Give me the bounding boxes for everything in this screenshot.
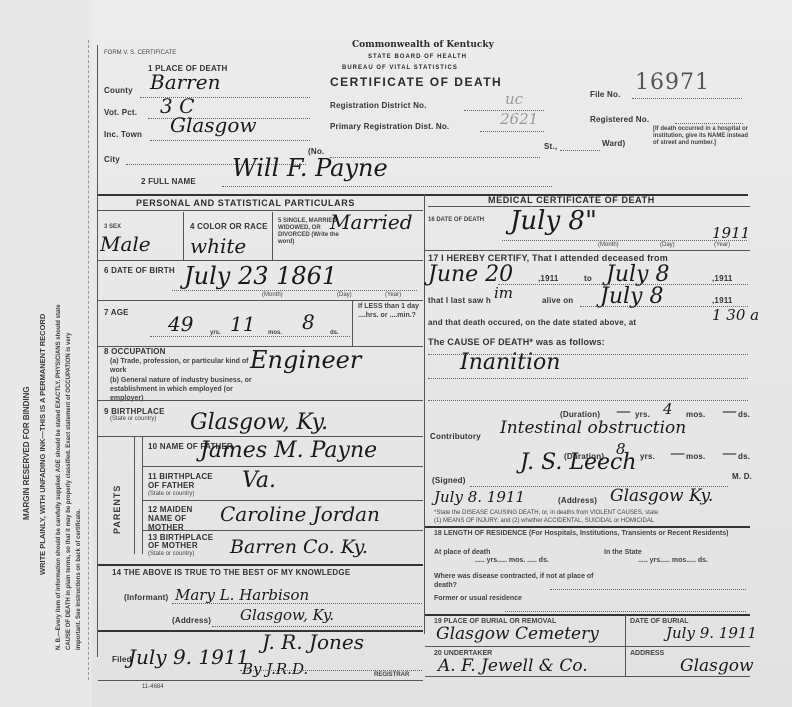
registrar-by: By J.R.D. — [242, 660, 308, 678]
primary-registration-label: Primary Registration Dist. No. — [330, 122, 449, 131]
burial-date-value: July 9. 1911 — [666, 624, 757, 642]
mother-birthplace-sub-label: (State or country) — [148, 551, 194, 557]
form-code: FORM V. S. CERTIFICATE — [104, 50, 176, 56]
contributory-label: Contributory — [430, 432, 481, 441]
attended-to-year: ,1911 — [712, 274, 733, 283]
footnote-2: (1) MEANS OF INJURY; and (2) whether ACC… — [434, 518, 654, 524]
filed-value: July 9. 1911 — [128, 645, 249, 669]
age-days-value: 8 — [302, 310, 315, 334]
informant-label: (Informant) — [124, 593, 168, 602]
margin-instructions-2: CAUSE OF DEATH in plain terms, so that i… — [66, 333, 72, 650]
age-months-value: 11 — [230, 312, 255, 336]
duration1-ds: — — [722, 402, 737, 420]
father-name-value: James M. Payne — [200, 438, 377, 463]
color-race-label: 4 COLOR OR RACE — [190, 222, 268, 231]
inc-town-value: Glasgow — [170, 113, 257, 137]
st-label: St., — [544, 142, 557, 151]
dod-month-label: (Month) — [598, 242, 619, 248]
in-state-label: In the State — [604, 548, 644, 557]
hospital-note: [If death occurred in a hospital or inst… — [653, 126, 748, 147]
margin-binding-text: MARGIN RESERVED FOR BINDING — [22, 386, 31, 520]
father-birthplace-label: 11 BIRTHPLACE OF FATHER — [148, 472, 218, 490]
sex-value: Male — [100, 232, 151, 256]
ward-label: Ward) — [602, 139, 625, 148]
dod-year: 1911 — [712, 224, 750, 242]
duration2-yrs-label: yrs. — [640, 452, 655, 461]
dod-label: 16 DATE OF DEATH — [428, 217, 484, 223]
burial-place-value: Glasgow Cemetery — [436, 624, 599, 644]
dob-day-label: (Day) — [337, 292, 352, 298]
color-race-value: white — [190, 234, 246, 258]
signed-date: July 8. 1911 — [434, 488, 525, 506]
age-label: 7 AGE — [104, 308, 129, 317]
age-ds-label: ds. — [330, 330, 339, 336]
footnote-1: *State the DISEASE CAUSING DEATH, or, in… — [434, 510, 658, 516]
center-divider — [424, 194, 425, 634]
last-saw-year: ,1911 — [712, 296, 733, 305]
age-years-value: 49 — [168, 312, 193, 336]
occupation-label: 8 OCCUPATION — [104, 347, 166, 356]
duration2-ds: — — [722, 444, 737, 462]
county-label: County — [104, 86, 133, 95]
dob-year-label: (Year) — [385, 292, 401, 298]
occupation-b-label: (b) General nature of industry business,… — [110, 376, 260, 403]
mother-name-label: 12 MAIDEN NAME OF MOTHER — [148, 505, 218, 532]
death-time-value: 1 30 a — [712, 306, 759, 324]
registrar-label: REGISTRAR — [374, 672, 409, 678]
alive-on-label: alive on — [542, 296, 573, 305]
dod-year-label: (Year) — [714, 242, 730, 248]
death-time-label: and that death occured, on the date stat… — [428, 318, 636, 327]
file-no-value: 16971 — [635, 70, 710, 95]
registered-no-label: Registered No. — [590, 115, 649, 124]
birthplace-label: 9 BIRTHPLACE — [104, 407, 165, 416]
dob-value: July 23 1861 — [184, 262, 337, 290]
undertaker-value: A. F. Jewell & Co. — [438, 656, 588, 676]
registration-district-label: Registration District No. — [330, 101, 427, 110]
duration1-ds-label: ds. — [738, 410, 750, 419]
margin-instructions-1: N. B.—Every item of information should b… — [56, 304, 62, 650]
physician-signature: J. S. Leech — [520, 450, 637, 475]
county-value: Barren — [150, 70, 220, 94]
undertaker-address-label: ADDRESS — [630, 650, 664, 657]
mother-birthplace-value: Barren Co. Ky. — [230, 536, 368, 558]
dod-value: July 8" — [510, 206, 597, 236]
occupation-a-label: (a) Trade, profession, or particular kin… — [110, 357, 260, 375]
father-birthplace-value: Va. — [242, 468, 276, 493]
md-label: M. D. — [732, 472, 752, 481]
duration2-mos-label: mos. — [686, 452, 705, 461]
margin-dashed-line — [88, 40, 89, 680]
to-label: to — [584, 274, 592, 283]
physician-address-value: Glasgow Ky. — [610, 486, 713, 506]
physician-address-label: (Address) — [558, 496, 597, 505]
bureau-title: BUREAU OF VITAL STATISTICS — [342, 65, 458, 71]
last-saw-pronoun: im — [494, 284, 513, 302]
inc-town-label: Inc. Town — [104, 130, 142, 139]
registration-district-value: uc — [505, 90, 523, 108]
dob-month-label: (Month) — [262, 292, 283, 298]
father-birthplace-sub-label: (State or country) — [148, 491, 194, 497]
duration2-ds-label: ds. — [738, 452, 750, 461]
informant-address-label: (Address) — [172, 616, 211, 625]
commonwealth-title: Commonwealth of Kentucky — [352, 40, 494, 50]
at-place-label: At place of death — [434, 548, 494, 557]
contributory-value: Intestinal obstruction — [500, 418, 686, 438]
mother-birthplace-label: 13 BIRTHPLACE OF MOTHER — [148, 534, 218, 550]
age-mos-label: mos. — [268, 330, 282, 336]
duration1-mos-label: mos. — [686, 410, 705, 419]
occupation-value: Engineer — [250, 346, 361, 374]
certificate-title: CERTIFICATE OF DEATH — [330, 75, 502, 89]
registrar-signature: J. R. Jones — [262, 630, 364, 654]
marital-status-value: Married — [330, 210, 413, 234]
duration1-mos: 4 — [663, 400, 673, 418]
full-name-label: 2 FULL NAME — [141, 177, 196, 186]
vot-pct-label: Vot. Pct. — [104, 108, 137, 117]
file-no-label: File No. — [590, 90, 621, 99]
margin-ink-text: WRITE PLAINLY, WITH UNFADING INK—THIS IS… — [38, 314, 47, 575]
mother-name-value: Caroline Jordan — [220, 502, 380, 526]
informant-section-label: 14 THE ABOVE IS TRUE TO THE BEST OF MY K… — [112, 568, 350, 577]
form-number: 11-4684 — [142, 684, 164, 690]
former-residence-label: Former or usual residence — [434, 594, 554, 603]
birthplace-sub-label: (State or country) — [110, 416, 156, 422]
margin-instructions-3: important. See instructions on back of c… — [76, 509, 82, 650]
parents-label: PARENTS — [112, 485, 122, 534]
undertaker-address-value: Glasgow — [680, 656, 754, 676]
death-certificate: MARGIN RESERVED FOR BINDING WRITE PLAINL… — [0, 0, 792, 707]
dod-day-label: (Day) — [660, 242, 675, 248]
cause-value: Inanition — [460, 350, 560, 375]
personal-section-title: PERSONAL AND STATISTICAL PARTICULARS — [136, 198, 355, 208]
informant-address-value: Glasgow, Ky. — [240, 606, 334, 624]
less-than-day-label: If LESS than 1 day ....hrs. or ....min.? — [358, 302, 422, 320]
board-title: STATE BOARD OF HEALTH — [368, 54, 467, 60]
duration2-mos: — — [670, 444, 685, 462]
residence-label: 18 LENGTH OF RESIDENCE (For Hospitals, I… — [434, 530, 748, 538]
contracted-label: Where was disease contracted, if not at … — [434, 572, 594, 590]
full-name-value: Will F. Payne — [232, 154, 388, 182]
cause-label: The CAUSE OF DEATH* was as follows: — [428, 337, 605, 347]
medical-section-title: MEDICAL CERTIFICATE OF DEATH — [488, 195, 655, 205]
birthplace-value: Glasgow, Ky. — [190, 410, 328, 435]
last-saw-label: that I last saw h — [428, 296, 491, 305]
city-label: City — [104, 155, 120, 164]
attended-from-year: ,1911 — [538, 274, 559, 283]
sex-label: 3 SEX — [104, 224, 121, 230]
informant-value: Mary L. Harbison — [175, 586, 309, 604]
primary-registration-value: 2621 — [500, 110, 538, 128]
dob-label: 6 DATE OF BIRTH — [104, 266, 175, 275]
age-yrs-label: yrs. — [210, 330, 221, 336]
signed-label: (Signed) — [432, 476, 466, 485]
